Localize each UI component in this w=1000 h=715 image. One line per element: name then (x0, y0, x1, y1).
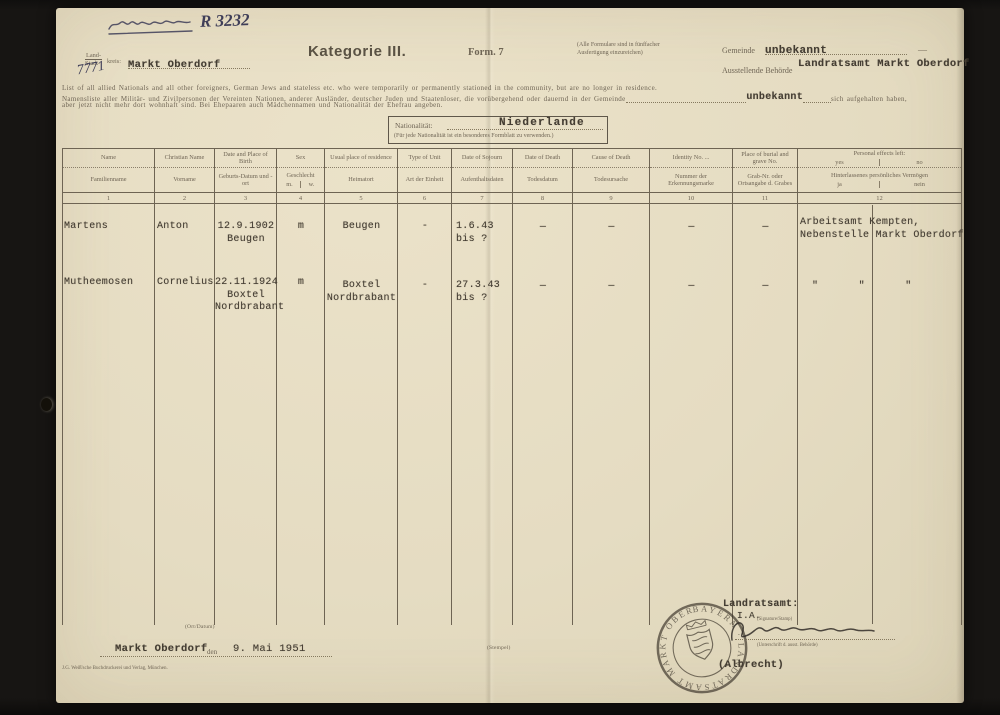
col9-header-de: Todesursache (573, 168, 649, 193)
row1-death-date: — (513, 222, 573, 235)
row2-death-date: — (513, 281, 573, 294)
row2-effects-ditto: " " " (812, 281, 912, 294)
col1-header-en: Name (63, 149, 154, 168)
punch-hole (41, 398, 52, 411)
col12-number: 12 (798, 193, 961, 204)
row2-death-cause: — (573, 281, 650, 294)
behoerde-value: Landratsamt Markt Oberdorf (798, 58, 970, 70)
col12-de-label: Hinterlassenes persönliches Vermögen (831, 172, 928, 179)
gemeinde-label: Gemeinde (722, 46, 755, 55)
row1-sex: m (277, 221, 325, 234)
den-label: den (207, 648, 217, 656)
col3-header-en: Date and Place of Birth (215, 149, 276, 168)
col11-number: 11 (733, 193, 797, 204)
col8-en-label: Date of Death (525, 154, 560, 161)
col5-num-label: 5 (359, 195, 362, 202)
col5-number: 5 (325, 193, 397, 204)
col6-number: 6 (398, 193, 451, 204)
document-content: R 3232 Land- Stadt- kreis: Markt Oberdor… (0, 0, 1000, 715)
copies-note: (Alle Formulare sind in fünffacher Ausfe… (577, 42, 677, 57)
row2-name: Mutheemosen (64, 277, 133, 290)
col7-header-en: Date of Sojourn (452, 149, 512, 168)
col10-de-label: Nummer der Erkennungsmarke (652, 173, 730, 188)
col4-number: 4 (277, 193, 324, 204)
row1-sojourn: 1.6.43 bis ? (456, 221, 494, 246)
col6-header-en: Type of Unit (398, 149, 451, 168)
col11-num-label: 11 (762, 195, 768, 202)
col12-header-en: Personal effects left: yesno (798, 149, 961, 168)
intro-dotted-1 (626, 94, 747, 103)
col3-num-label: 3 (244, 195, 247, 202)
col9-header-en: Cause of Death (573, 149, 649, 168)
printer-imprint: J.G. Weiß'sche Buchdruckerei und Verlag,… (62, 666, 168, 671)
gemeinde-value: unbekannt (765, 45, 827, 57)
handwritten-kreis-number: 7771 (76, 59, 106, 80)
col5-header-de: Heimatort (325, 168, 397, 193)
col7-number: 7 (452, 193, 512, 204)
row2-birth: 22.11.1924 Boxtel Nordbrabant (215, 277, 277, 315)
col1-header-de: Familienname (63, 168, 154, 193)
col12-sub-nein: nein (880, 181, 959, 188)
kreis-value: Markt Oberdorf (128, 59, 220, 71)
gemeinde-value-field: unbekannt (765, 40, 907, 55)
gemeinde-trailing-dash: — (918, 45, 927, 55)
col3-de-label: Geburts-Datum und -ort (217, 173, 274, 188)
col4-sex-split: m.w. (279, 181, 322, 188)
col2-header-en: Christian Name (155, 149, 214, 168)
col9-en-label: Cause of Death (592, 154, 631, 161)
office-label: Landratsamt: (723, 599, 799, 610)
col12-sub-no: no (880, 159, 959, 166)
col10-num-label: 10 (688, 195, 695, 202)
col9-num-label: 9 (609, 195, 612, 202)
col5-de-label: Heimatort (348, 176, 374, 183)
col8-header-de: Todesdatum (513, 168, 572, 193)
column-burial: Place of burial and grave No. Grab-Nr. o… (733, 149, 798, 625)
category-title: Kategorie III. (308, 43, 406, 60)
row2-sex: m (277, 277, 325, 290)
row1-effects: Arbeitsamt Kempten, Nebenstelle Markt Ob… (800, 217, 964, 242)
column-death-date: Date of Death Todesdatum 8 (513, 149, 573, 625)
col4-header-en: Sex (277, 149, 324, 168)
place-value: Markt Oberdorf (115, 643, 207, 655)
intro-line3-de: aber jetzt nicht mehr dort wohnhaft sind… (62, 101, 443, 109)
col8-number: 8 (513, 193, 572, 204)
col9-number: 9 (573, 193, 649, 204)
date-value: 9. Mai 1951 (233, 643, 306, 655)
col6-header-de: Art der Einheit (398, 168, 451, 193)
col12-en-label: Personal effects left: (854, 150, 906, 157)
col2-header-de: Vorname (155, 168, 214, 193)
col3-number: 3 (215, 193, 276, 204)
col12-sub-ja: ja (800, 181, 880, 188)
col2-de-label: Vorname (173, 176, 196, 183)
kreis-value-field: Markt Oberdorf (128, 54, 250, 69)
row1-birth: 12.9.1902 Beugen (215, 221, 277, 246)
scan-background: R 3232 Land- Stadt- kreis: Markt Oberdor… (0, 0, 1000, 715)
col2-en-label: Christian Name (165, 154, 205, 161)
row1-christian-name: Anton (157, 221, 189, 234)
col2-num-label: 2 (183, 195, 186, 202)
handwritten-reference-number: R 3232 (200, 10, 250, 32)
col9-de-label: Todesursache (594, 176, 628, 183)
col7-num-label: 7 (480, 195, 483, 202)
col6-num-label: 6 (423, 195, 426, 202)
col12-body-divider (872, 205, 873, 624)
intro-gemeinde-value: unbekannt (746, 92, 803, 103)
intro-line2-suffix: sich aufgehalten haben, (831, 95, 907, 103)
intro-line1-en: List of all allied Nationals and all oth… (62, 84, 657, 92)
handwritten-word-scribble (106, 16, 198, 40)
col4-de-label: Geschlecht (287, 172, 315, 179)
col1-en-label: Name (101, 154, 116, 161)
col12-header-de: Hinterlassenes persönliches Vermögen jan… (798, 168, 961, 193)
col8-de-label: Todesdatum (527, 176, 558, 183)
col4-en-label: Sex (296, 154, 305, 161)
col1-de-label: Familienname (90, 176, 126, 183)
col10-header-en: Identity No. ... (650, 149, 732, 168)
row2-residence: Boxtel Nordbrabant (325, 280, 398, 305)
col7-de-label: Aufenthaltsdaten (460, 176, 503, 183)
col11-header-en: Place of burial and grave No. (733, 149, 797, 168)
nationality-label: Nationalität: (395, 121, 433, 130)
col4-sub-w: w. (301, 181, 322, 188)
column-identity-no: Identity No. ... Nummer der Erkennungsma… (650, 149, 733, 625)
col11-en-label: Place of burial and grave No. (735, 151, 795, 166)
row2-christian-name: Cornelius (157, 277, 214, 290)
stamp-label: (Stempel) (487, 645, 511, 651)
col12-yesno-split: yesno (800, 159, 959, 166)
col11-de-label: Grab-Nr. oder Ortsangabe d. Grabes (735, 173, 795, 188)
col1-num-label: 1 (107, 195, 110, 202)
col3-header-de: Geburts-Datum und -ort (215, 168, 276, 193)
col5-header-en: Usual place of residence (325, 149, 397, 168)
row2-unit: - (398, 280, 452, 293)
row1-burial: — (733, 222, 798, 235)
row1-unit: - (398, 221, 452, 234)
form-number: Form. 7 (468, 47, 504, 58)
signature-sub-label: (Unterschrift d. ausst. Behörde) (757, 643, 818, 648)
col8-num-label: 8 (541, 195, 544, 202)
col12-janein-split: janein (800, 181, 959, 188)
nationality-box: Nationalität: Niederlande (Für jede Nati… (388, 116, 608, 144)
row1-identity-no: — (650, 222, 733, 235)
kreis-label-suffix: kreis: (107, 58, 121, 65)
row2-burial: — (733, 281, 798, 294)
nationality-value: Niederlande (499, 117, 585, 129)
signer-name: (Albrecht) (718, 659, 784, 671)
place-date-label: (Ort/Datum) (185, 624, 215, 630)
column-death-cause: Cause of Death Todesursache 9 (573, 149, 650, 625)
col10-number: 10 (650, 193, 732, 204)
col4-num-label: 4 (299, 195, 302, 202)
intro-dotted-2 (803, 94, 831, 103)
row1-residence: Beugen (325, 221, 398, 234)
col2-number: 2 (155, 193, 214, 204)
col10-header-de: Nummer der Erkennungsmarke (650, 168, 732, 193)
col7-header-de: Aufenthaltsdaten (452, 168, 512, 193)
col1-number: 1 (63, 193, 154, 204)
signature-underline (735, 624, 895, 640)
col6-en-label: Type of Unit (408, 154, 440, 161)
row2-sojourn: 27.3.43 bis ? (456, 280, 500, 305)
behoerde-label: Ausstellende Behörde (722, 66, 792, 75)
col10-en-label: Identity No. ... (673, 154, 710, 161)
col12-num-label: 12 (876, 195, 883, 202)
col6-de-label: Art der Einheit (406, 176, 444, 183)
col5-en-label: Usual place of residence (330, 154, 392, 161)
row1-death-cause: — (573, 222, 650, 235)
col4-header-de: Geschlecht m.w. (277, 168, 324, 193)
col7-en-label: Date of Sojourn (462, 154, 502, 161)
col8-header-en: Date of Death (513, 149, 572, 168)
col12-sub-yes: yes (800, 159, 880, 166)
col4-sub-m: m. (279, 181, 301, 188)
col11-header-de: Grab-Nr. oder Ortsangabe d. Grabes (733, 168, 797, 193)
copies-note-line1: (Alle Formulare sind in fünffacher (577, 42, 677, 50)
row2-identity-no: — (650, 281, 733, 294)
copies-note-line2: Ausfertigung einzureichen) (577, 50, 677, 58)
nationality-note: (Für jede Nationalität ist ein besondere… (394, 133, 553, 139)
col3-en-label: Date and Place of Birth (217, 151, 274, 166)
row1-name: Martens (64, 221, 108, 234)
